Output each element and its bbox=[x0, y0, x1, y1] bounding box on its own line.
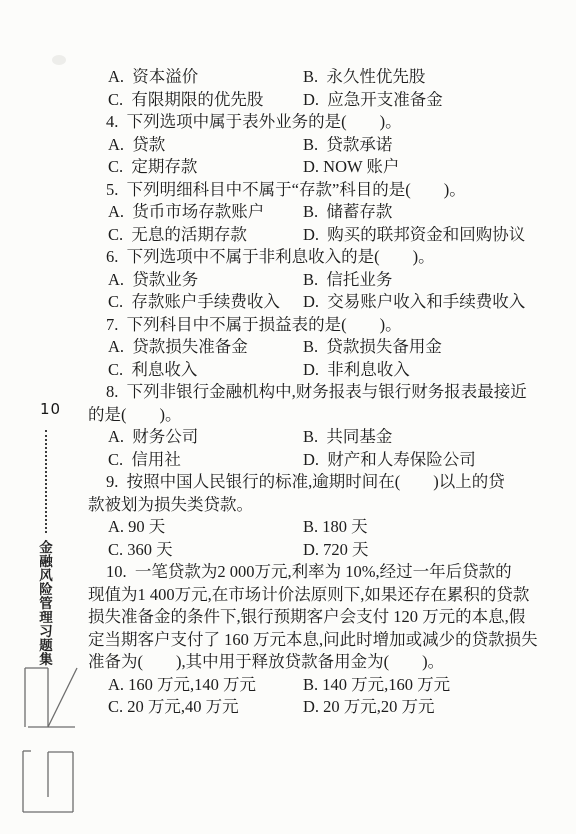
option-a: A. 贷款业务 bbox=[88, 269, 303, 292]
option-d: D. NOW 账户 bbox=[303, 156, 399, 179]
option-d: D. 购买的联邦资金和回购协议 bbox=[303, 224, 525, 247]
question-stem-line: 损失准备金的条件下,银行预期客户会支付 120 万元的本息,假 bbox=[88, 606, 532, 629]
question-stem-line: 款被划为损失类贷款。 bbox=[88, 494, 532, 517]
questions-content: A. 资本溢价 B. 永久性优先股 C. 有限期限的优先股 D. 应急开支准备金… bbox=[88, 66, 532, 719]
option-b: B. 180 天 bbox=[303, 516, 368, 539]
option-c: C. 有限期限的优先股 bbox=[88, 89, 303, 112]
option-row: A. 资本溢价 B. 永久性优先股 bbox=[88, 66, 532, 89]
question-stem-line: 9. 按照中国人民银行的标准,逾期时间在( )以上的贷 bbox=[88, 471, 532, 494]
option-c: C. 无息的活期存款 bbox=[88, 224, 303, 247]
option-row: A. 90 天 B. 180 天 bbox=[88, 516, 532, 539]
option-d: D. 720 天 bbox=[303, 539, 369, 562]
option-row: A. 贷款损失准备金 B. 贷款损失备用金 bbox=[88, 336, 532, 359]
option-row: C. 20 万元,40 万元 D. 20 万元,20 万元 bbox=[88, 696, 532, 719]
option-row: A. 货币市场存款账户 B. 储蓄存款 bbox=[88, 201, 532, 224]
option-a: A. 财务公司 bbox=[88, 426, 303, 449]
option-row: C. 利息收入 D. 非利息收入 bbox=[88, 359, 532, 382]
option-d: D. 应急开支准备金 bbox=[303, 89, 443, 112]
option-row: C. 信用社 D. 财产和人寿保险公司 bbox=[88, 449, 532, 472]
option-a: A. 90 天 bbox=[88, 516, 303, 539]
scan-smudge bbox=[52, 55, 66, 65]
question-block-10: 10. 一笔贷款为2 000万元,利率为 10%,经过一年后贷款的 现值为1 4… bbox=[88, 561, 532, 719]
question-block-9: 9. 按照中国人民银行的标准,逾期时间在( )以上的贷 款被划为损失类贷款。 A… bbox=[88, 471, 532, 561]
option-a: A. 资本溢价 bbox=[88, 66, 303, 89]
option-d: D. 财产和人寿保险公司 bbox=[303, 449, 476, 472]
question-block-7: 7. 下列科目中不属于损益表的是( )。 A. 贷款损失准备金 B. 贷款损失备… bbox=[88, 314, 532, 382]
scanned-page: 10 金融风险管理习题集 A. 资本溢价 B. 永久性优先股 bbox=[0, 0, 576, 834]
question-stem-line: 现值为1 400万元,在市场计价法原则下,如果还存在累积的贷款 bbox=[88, 584, 532, 607]
option-b: B. 储蓄存款 bbox=[303, 201, 392, 224]
option-b: B. 140 万元,160 万元 bbox=[303, 674, 450, 697]
option-b: B. 信托业务 bbox=[303, 269, 392, 292]
margin-dotted-line bbox=[45, 430, 47, 533]
option-a: A. 货币市场存款账户 bbox=[88, 201, 303, 224]
option-c: C. 360 天 bbox=[88, 539, 303, 562]
page-number: 10 bbox=[40, 400, 61, 418]
question-block-6: 6. 下列选项中不属于非利息收入的是( )。 A. 贷款业务 B. 信托业务 C… bbox=[88, 246, 532, 314]
option-b: B. 贷款损失备用金 bbox=[303, 336, 442, 359]
option-row: A. 贷款 B. 贷款承诺 bbox=[88, 134, 532, 157]
question-stem-line: 6. 下列选项中不属于非利息收入的是( )。 bbox=[88, 246, 532, 269]
option-b: B. 共同基金 bbox=[303, 426, 392, 449]
option-c: C. 存款账户手续费收入 bbox=[88, 291, 303, 314]
option-row: C. 存款账户手续费收入 D. 交易账户收入和手续费收入 bbox=[88, 291, 532, 314]
question-stem-line: 8. 下列非银行金融机构中,财务报表与银行财务报表最接近 bbox=[88, 381, 532, 404]
option-row: A. 财务公司 B. 共同基金 bbox=[88, 426, 532, 449]
question-stem-line: 的是( )。 bbox=[88, 404, 532, 427]
option-row: A. 贷款业务 B. 信托业务 bbox=[88, 269, 532, 292]
option-c: C. 利息收入 bbox=[88, 359, 303, 382]
question-stem-line: 5. 下列明细科目中不属于“存款”科目的是( )。 bbox=[88, 179, 532, 202]
question-block-3-options: A. 资本溢价 B. 永久性优先股 C. 有限期限的优先股 D. 应急开支准备金 bbox=[88, 66, 532, 111]
question-stem-line: 7. 下列科目中不属于损益表的是( )。 bbox=[88, 314, 532, 337]
option-row: C. 360 天 D. 720 天 bbox=[88, 539, 532, 562]
question-stem-line: 10. 一笔贷款为2 000万元,利率为 10%,经过一年后贷款的 bbox=[88, 561, 532, 584]
option-a: A. 贷款损失准备金 bbox=[88, 336, 303, 359]
option-c: C. 20 万元,40 万元 bbox=[88, 696, 303, 719]
question-stem-line: 准备为( ),其中用于释放贷款备用金为( )。 bbox=[88, 651, 532, 674]
pencil-doodle-open-box-icon bbox=[18, 745, 80, 817]
option-d: D. 20 万元,20 万元 bbox=[303, 696, 435, 719]
option-row: C. 定期存款 D. NOW 账户 bbox=[88, 156, 532, 179]
book-title-vertical: 金融风险管理习题集 bbox=[37, 540, 52, 666]
option-d: D. 非利息收入 bbox=[303, 359, 410, 382]
option-row: C. 有限期限的优先股 D. 应急开支准备金 bbox=[88, 89, 532, 112]
option-d: D. 交易账户收入和手续费收入 bbox=[303, 291, 525, 314]
option-row: C. 无息的活期存款 D. 购买的联邦资金和回购协议 bbox=[88, 224, 532, 247]
option-a: A. 160 万元,140 万元 bbox=[88, 674, 303, 697]
question-block-8: 8. 下列非银行金融机构中,财务报表与银行财务报表最接近 的是( )。 A. 财… bbox=[88, 381, 532, 471]
option-c: C. 定期存款 bbox=[88, 156, 303, 179]
question-block-4: 4. 下列选项中属于表外业务的是( )。 A. 贷款 B. 贷款承诺 C. 定期… bbox=[88, 111, 532, 179]
question-stem-line: 4. 下列选项中属于表外业务的是( )。 bbox=[88, 111, 532, 134]
question-block-5: 5. 下列明细科目中不属于“存款”科目的是( )。 A. 货币市场存款账户 B.… bbox=[88, 179, 532, 247]
pencil-doodle-rectangle-slash-icon bbox=[20, 660, 90, 735]
option-a: A. 贷款 bbox=[88, 134, 303, 157]
option-b: B. 贷款承诺 bbox=[303, 134, 392, 157]
option-row: A. 160 万元,140 万元 B. 140 万元,160 万元 bbox=[88, 674, 532, 697]
option-b: B. 永久性优先股 bbox=[303, 66, 425, 89]
question-stem-line: 定当期客户支付了 160 万元本息,问此时增加或减少的贷款损失 bbox=[88, 629, 532, 652]
option-c: C. 信用社 bbox=[88, 449, 303, 472]
